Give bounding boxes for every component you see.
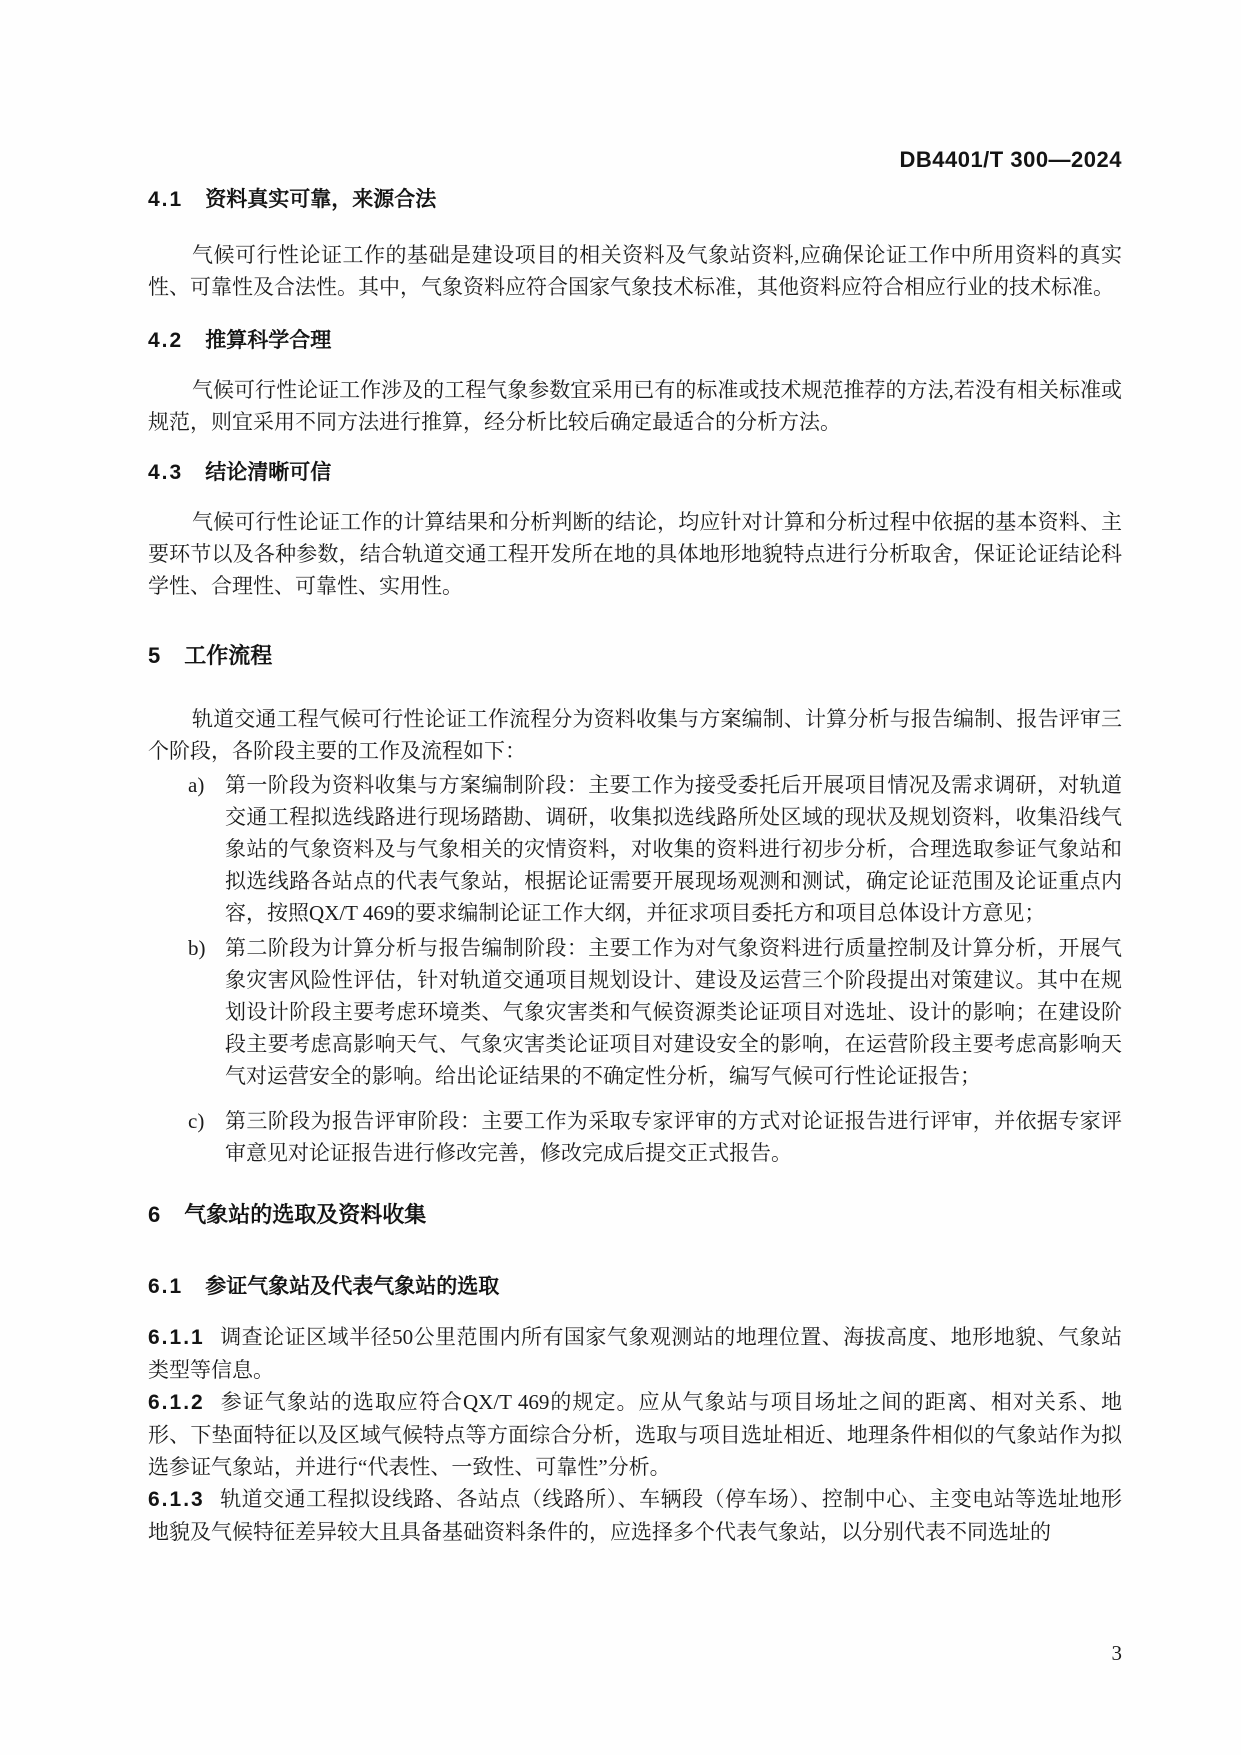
chapter-heading-6: 6气象站的选取及资料收集 [148,1201,1122,1229]
heading-number: 6 [148,1202,162,1227]
list-item-text: 第三阶段为报告评审阶段：主要工作为采取专家评审的方式对论证报告进行评审，并依据专… [225,1109,1122,1165]
clause-6-1-2: 6.1.2参证气象站的选取应符合QX/T 469的规定。应从气象站与项目场址之间… [148,1386,1122,1483]
doc-code-header: DB4401/T 300—2024 [148,147,1122,173]
page-number: 3 [1112,1640,1123,1666]
heading-title: 推算科学合理 [205,329,331,352]
section-heading-6-1: 6.1参证气象站及代表气象站的选取 [148,1274,1122,1300]
clause-text: 轨道交通工程拟设线路、各站点（线路所）、车辆段（停车场）、控制中心、主变电站等选… [148,1487,1122,1544]
section-heading-4-2: 4.2推算科学合理 [148,328,1122,354]
list-item-text: 第一阶段为资料收集与方案编制阶段：主要工作为接受委托后开展项目情况及需求调研，对… [225,773,1122,925]
heading-title: 工作流程 [184,643,272,668]
list-item-a: a)第一阶段为资料收集与方案编制阶段：主要工作为接受委托后开展项目情况及需求调研… [148,769,1122,929]
section-heading-4-3: 4.3结论清晰可信 [148,460,1122,486]
chapter-heading-5: 5工作流程 [148,642,1122,670]
heading-title: 参证气象站及代表气象站的选取 [205,1275,499,1298]
heading-title: 资料真实可靠，来源合法 [205,188,436,211]
list-marker: c) [188,1105,204,1137]
paragraph-4-2: 气候可行性论证工作涉及的工程气象参数宜采用已有的标准或技术规范推荐的方法,若没有… [148,374,1122,438]
clause-text: 调查论证区域半径50公里范围内所有国家气象观测站的地理位置、海拔高度、地形地貌、… [148,1325,1122,1382]
heading-number: 4.1 [148,188,183,211]
clause-6-1-3: 6.1.3轨道交通工程拟设线路、各站点（线路所）、车辆段（停车场）、控制中心、主… [148,1483,1122,1548]
heading-number: 5 [148,643,162,668]
document-page: DB4401/T 300—2024 4.1资料真实可靠，来源合法 气候可行性论证… [0,0,1241,1755]
clause-6-1-1: 6.1.1调查论证区域半径50公里范围内所有国家气象观测站的地理位置、海拔高度、… [148,1321,1122,1386]
list-item-c: c)第三阶段为报告评审阶段：主要工作为采取专家评审的方式对论证报告进行评审，并依… [148,1105,1122,1169]
paragraph-5-intro: 轨道交通工程气候可行性论证工作流程分为资料收集与方案编制、计算分析与报告编制、报… [148,703,1122,767]
list-item-text: 第二阶段为计算分析与报告编制阶段：主要工作为对气象资料进行质量控制及计算分析，开… [225,936,1122,1088]
clause-number: 6.1.2 [148,1391,205,1414]
page-content: DB4401/T 300—2024 4.1资料真实可靠，来源合法 气候可行性论证… [148,0,1122,1548]
section-heading-4-1: 4.1资料真实可靠，来源合法 [148,187,1122,213]
heading-number: 4.3 [148,461,183,484]
paragraph-4-1: 气候可行性论证工作的基础是建设项目的相关资料及气象站资料,应确保论证工作中所用资… [148,239,1122,303]
list-marker: a) [188,769,204,801]
heading-number: 4.2 [148,329,183,352]
heading-title: 气象站的选取及资料收集 [184,1202,426,1227]
clause-number: 6.1.1 [148,1326,205,1349]
paragraph-4-3: 气候可行性论证工作的计算结果和分析判断的结论，均应针对计算和分析过程中依据的基本… [148,506,1122,602]
heading-number: 6.1 [148,1275,183,1298]
heading-title: 结论清晰可信 [205,461,331,484]
clause-text: 参证气象站的选取应符合QX/T 469的规定。应从气象站与项目场址之间的距离、相… [148,1390,1122,1479]
clause-number: 6.1.3 [148,1488,205,1511]
list-item-b: b)第二阶段为计算分析与报告编制阶段：主要工作为对气象资料进行质量控制及计算分析… [148,932,1122,1092]
list-marker: b) [188,932,206,964]
